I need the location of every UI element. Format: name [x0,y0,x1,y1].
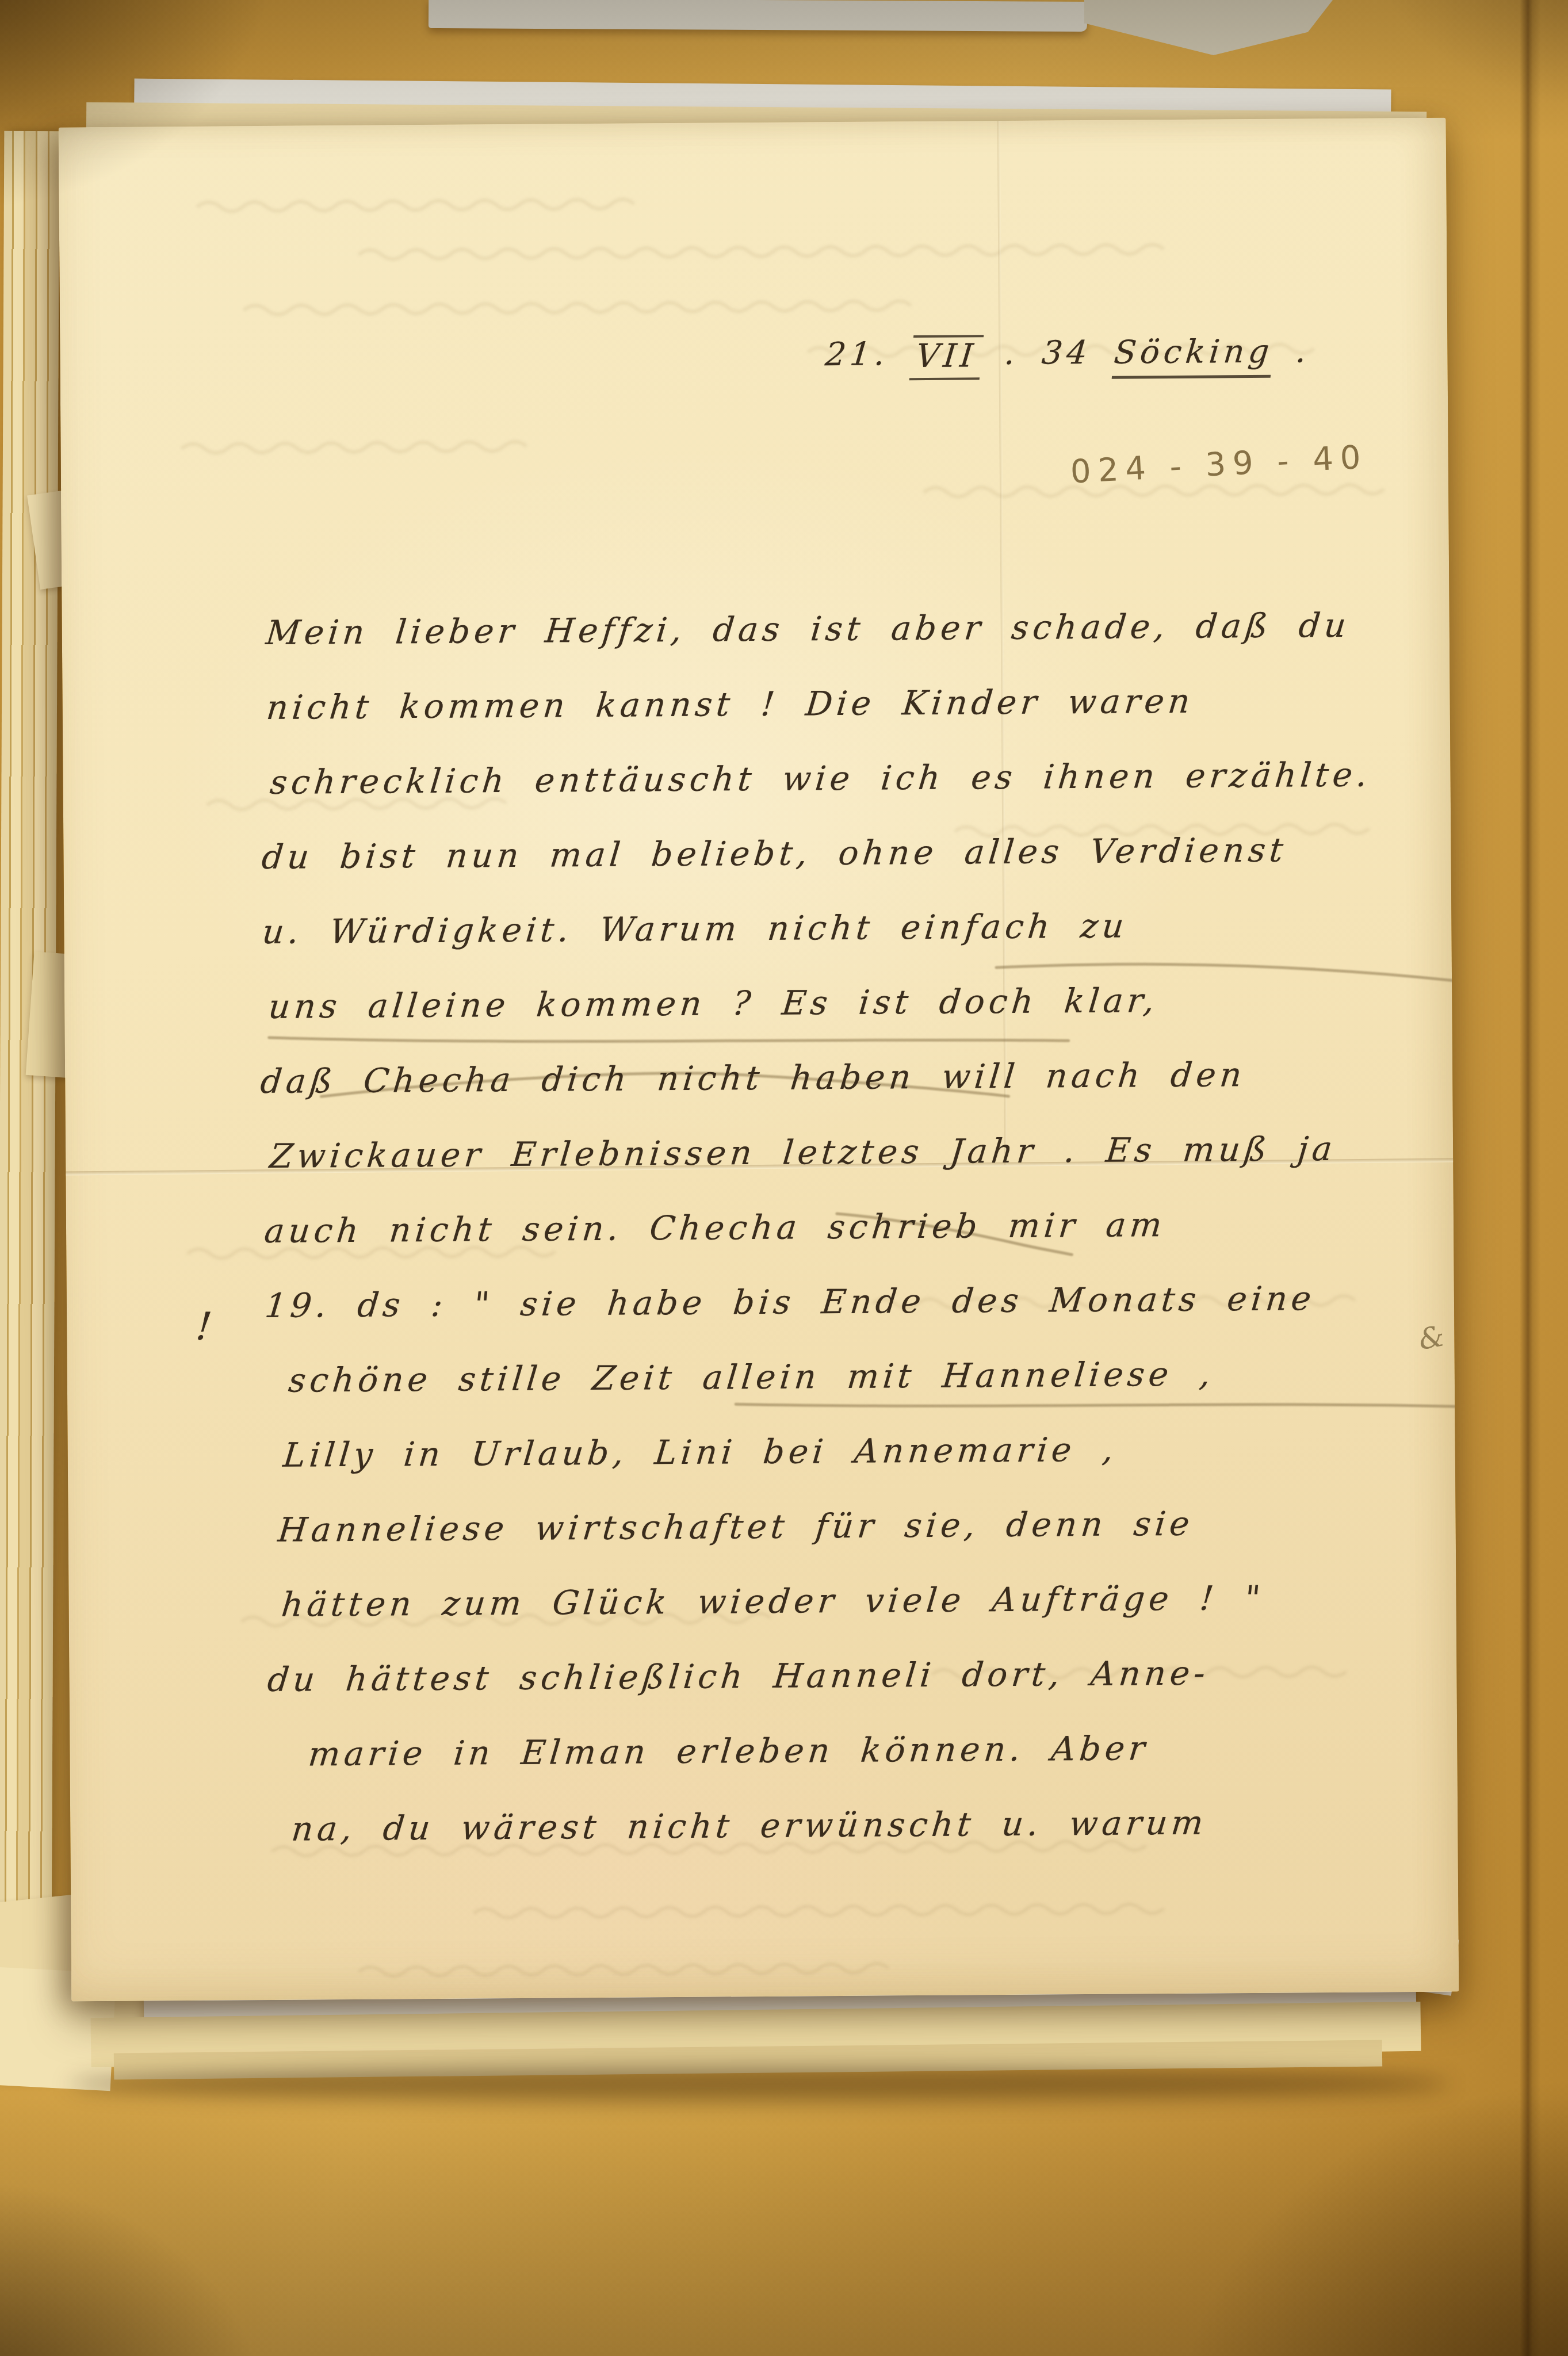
paper-stack-shadow [69,2066,1450,2102]
letter-line: uns alleine kommen ? Es ist doch klar, [267,981,1160,1026]
paper-stack-left [0,131,59,2081]
letter-line: daß Checha dich nicht haben will nach de… [259,1055,1248,1101]
letter-line: du hättest schließlich Hanneli dort, Ann… [266,1654,1211,1699]
date-month-roman: VII [909,335,984,380]
letter-line: schrecklich enttäuscht wie ich es ihnen … [268,755,1373,802]
photo-of-handwritten-letter: 21. VII . 34 Söcking . 024 - 39 - 40 Mei… [0,0,1568,2356]
letter-line: Hanneliese wirtschaftet für sie, denn si… [276,1504,1195,1550]
date-place: Söcking [1111,333,1275,379]
letter-line: auch nicht sein. Checha schrieb mir am [263,1205,1168,1250]
paper-edge-top [429,0,1087,32]
letter-line: Mein lieber Heffzi, das ist aber schade,… [264,606,1352,652]
date-line: 21. VII . 34 Söcking . [823,332,1312,381]
letter-line: 19. ds : " sie habe bis Ende des Monats … [263,1279,1317,1325]
cardboard-groove [1520,0,1540,2356]
letter-line: na, du wärest nicht erwünscht u. warum [290,1803,1209,1849]
date-separator: . [1002,335,1020,380]
letter-line: u. Würdigkeit. Warum nicht einfach zu [261,906,1130,951]
letter-line: schöne stille Zeit allein mit Hanneliese… [287,1354,1217,1399]
letter-line: marie in Elman erleben können. Aber [307,1728,1150,1773]
letter-line: Zwickauer Erlebnissen letztes Jahr . Es … [268,1129,1338,1176]
paper-corner-top-right [1084,0,1333,55]
date-year: 34 [1039,334,1093,380]
letter-line: Lilly in Urlaub, Lini bei Annemarie , [281,1430,1119,1475]
letter-sheet: 21. VII . 34 Söcking . 024 - 39 - 40 Mei… [59,118,1459,2002]
letter-line: nicht kommen kannst ! Die Kinder waren [265,682,1195,727]
letter-line: hätten zum Glück wieder viele Aufträge !… [280,1578,1266,1624]
letter-line: du bist nun mal beliebt, ohne alles Verd… [260,831,1289,877]
date-day: 21. [823,335,891,381]
